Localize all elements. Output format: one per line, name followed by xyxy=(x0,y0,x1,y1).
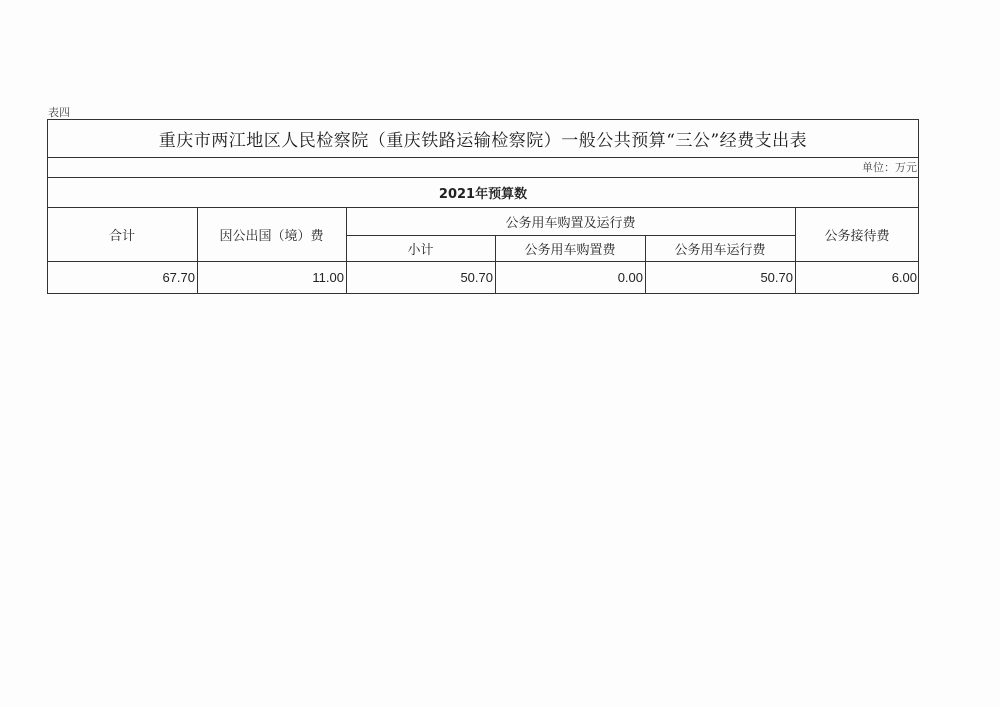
header-total: 合计 xyxy=(47,207,197,261)
header-reception: 公务接待费 xyxy=(795,207,919,261)
value-vehicle-operation: 50.70 xyxy=(645,261,795,294)
value-reception: 6.00 xyxy=(795,261,919,294)
unit-label: 单位：万元 xyxy=(47,157,919,177)
value-vehicle-purchase: 0.00 xyxy=(495,261,645,294)
year-header: 2021年预算数 xyxy=(47,177,919,207)
header-vehicle-group: 公务用车购置及运行费 xyxy=(346,207,795,235)
table-title: 重庆市两江地区人民检察院（重庆铁路运输检察院）一般公共预算“三公”经费支出表 xyxy=(47,119,919,157)
header-vehicle-subtotal: 小计 xyxy=(346,235,495,261)
header-overseas: 因公出国（境）费 xyxy=(197,207,346,261)
value-vehicle-subtotal: 50.70 xyxy=(346,261,495,294)
header-vehicle-purchase: 公务用车购置费 xyxy=(495,235,645,261)
table-label: 表四 xyxy=(48,104,70,120)
header-vehicle-operation: 公务用车运行费 xyxy=(645,235,795,261)
value-overseas: 11.00 xyxy=(197,261,346,294)
value-total: 67.70 xyxy=(47,261,197,294)
